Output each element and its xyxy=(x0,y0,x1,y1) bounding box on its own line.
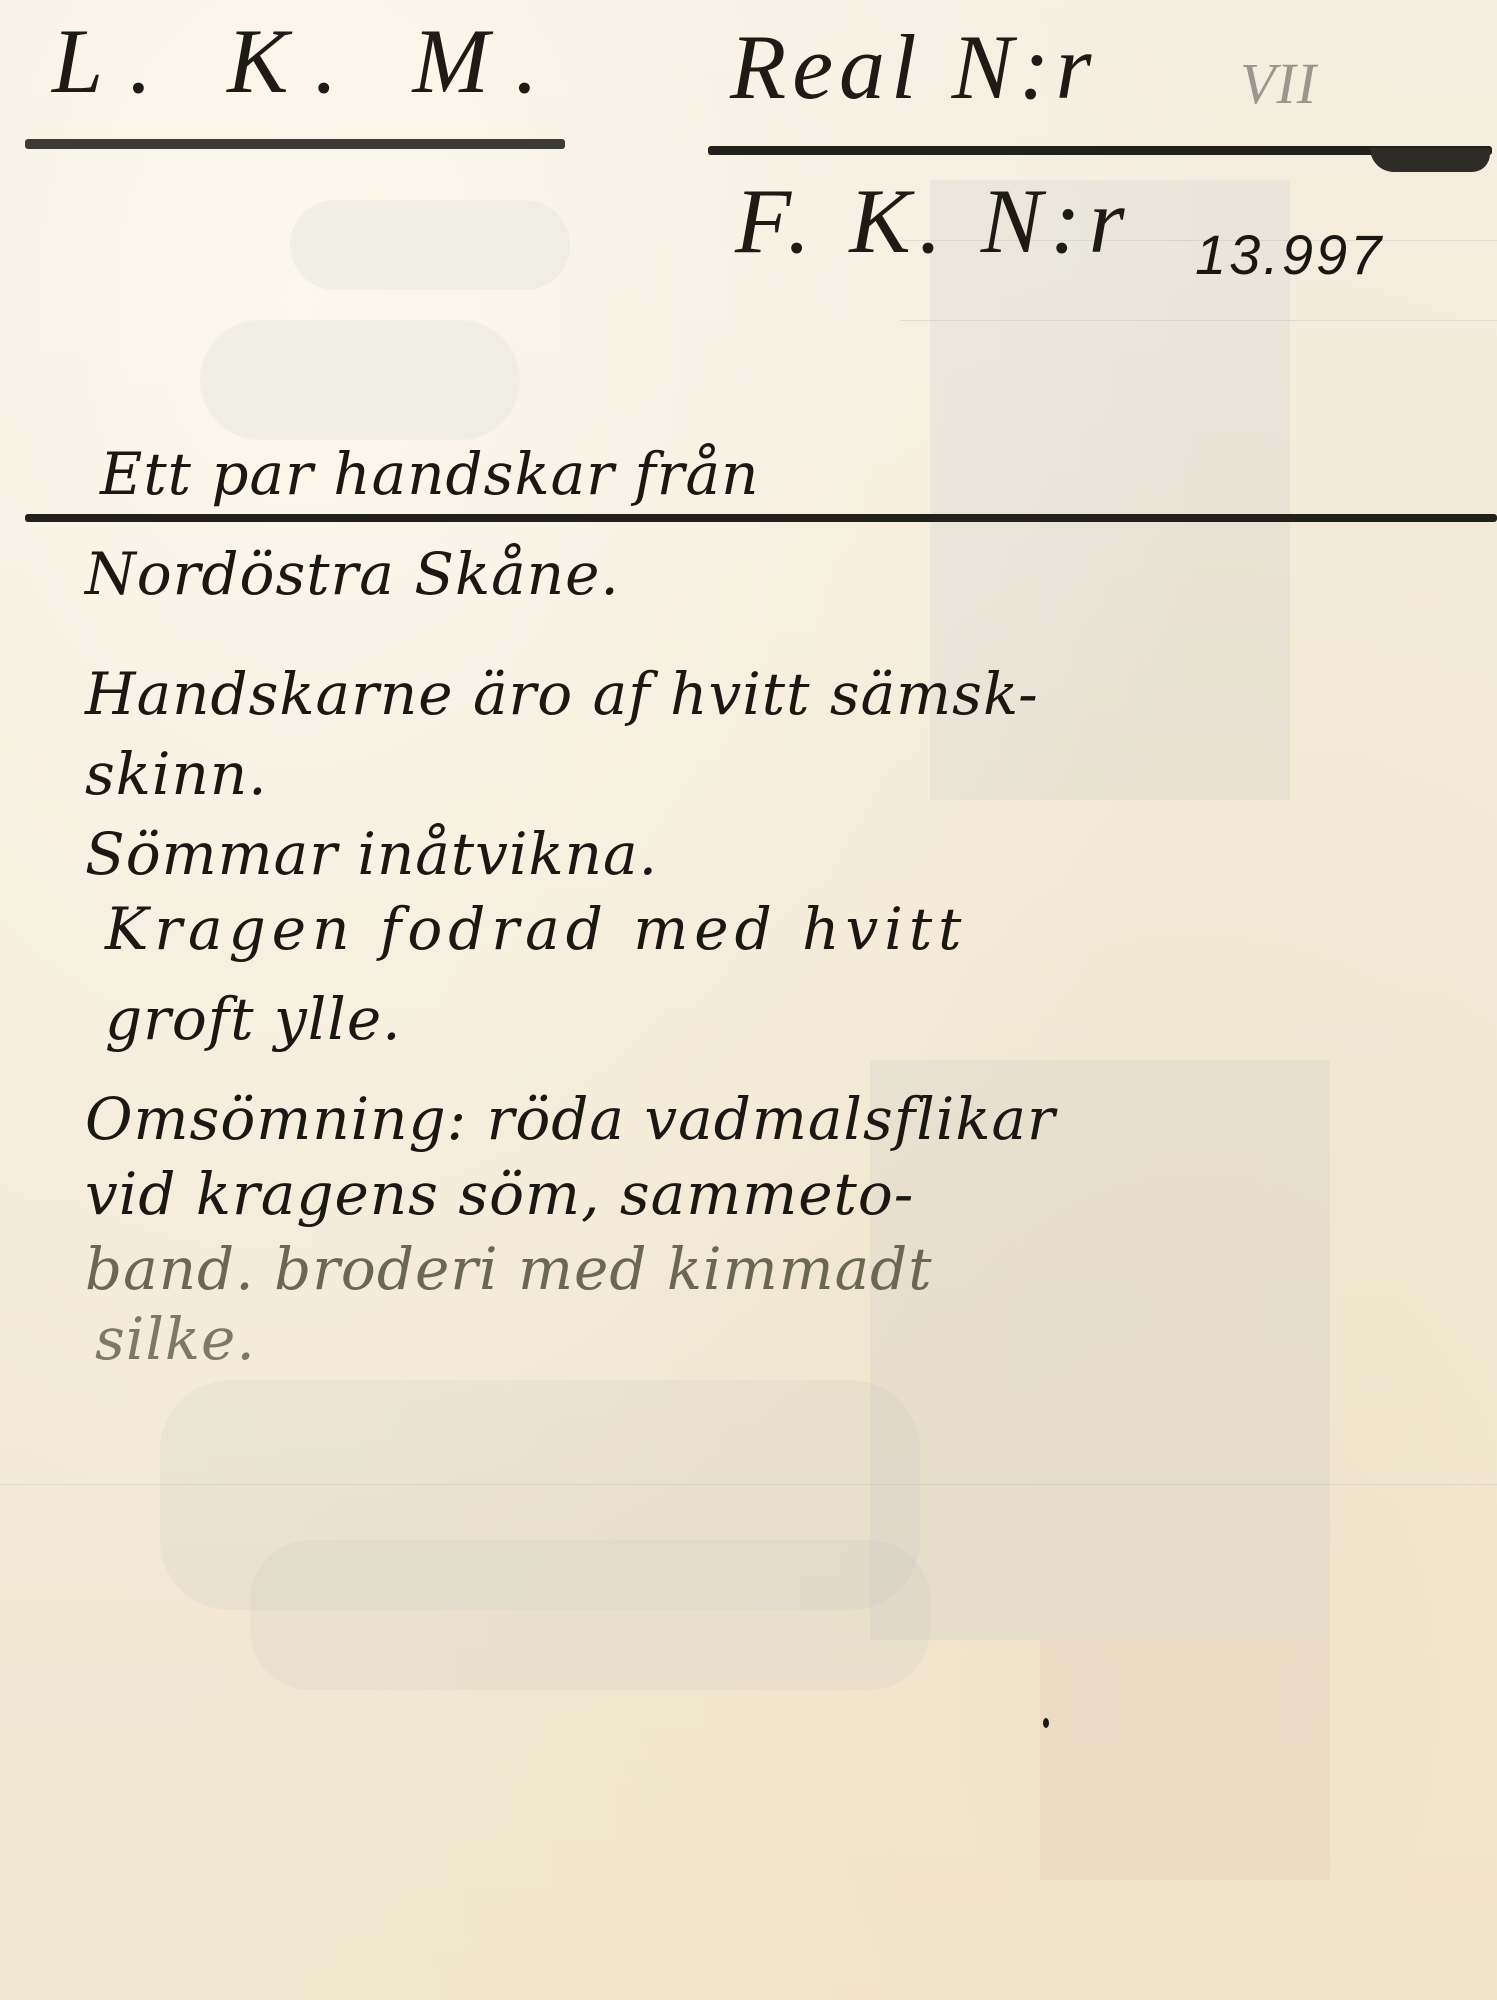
description-line-2: Handskarne äro af hvitt sämsk- xyxy=(85,660,1039,728)
header-lkm-label: L. K. M. xyxy=(52,8,564,114)
faint-ruling xyxy=(900,320,1497,321)
description-line-8: vid kragens söm, sammeto- xyxy=(85,1160,914,1228)
description-line-7: Omsömning: röda vadmalsflikar xyxy=(85,1085,1056,1153)
real-number-label: Real N:r xyxy=(730,14,1097,120)
faint-ruling xyxy=(0,1484,1497,1485)
description-line-9: band. broderi med kimmadt xyxy=(85,1235,933,1303)
fk-number-value: 13.997 xyxy=(1195,222,1384,287)
description-line-3: skinn. xyxy=(85,740,268,808)
description-line-6: groft ylle. xyxy=(105,985,402,1053)
show-through-shape-left xyxy=(200,320,520,440)
show-through-shape-top xyxy=(290,200,570,290)
title-line: Ett par handskar från xyxy=(100,440,759,508)
title-rule xyxy=(25,514,1497,522)
ink-blot xyxy=(1370,148,1490,172)
header-left-rule xyxy=(25,139,565,149)
description-line-1: Nordöstra Skåne. xyxy=(85,540,620,608)
show-through-pink-band xyxy=(1040,1640,1330,1880)
description-line-5: Kragen fodrad med hvitt xyxy=(105,895,967,963)
description-line-4: Sömmar inåtvikna. xyxy=(85,820,658,888)
show-through-shape-bottom2 xyxy=(250,1540,930,1690)
description-line-10: silke. xyxy=(95,1305,256,1373)
ink-speck xyxy=(1043,1718,1049,1728)
real-number-pencil-value: VII xyxy=(1240,50,1317,117)
fk-number-label: F. K. N:r xyxy=(735,168,1133,274)
